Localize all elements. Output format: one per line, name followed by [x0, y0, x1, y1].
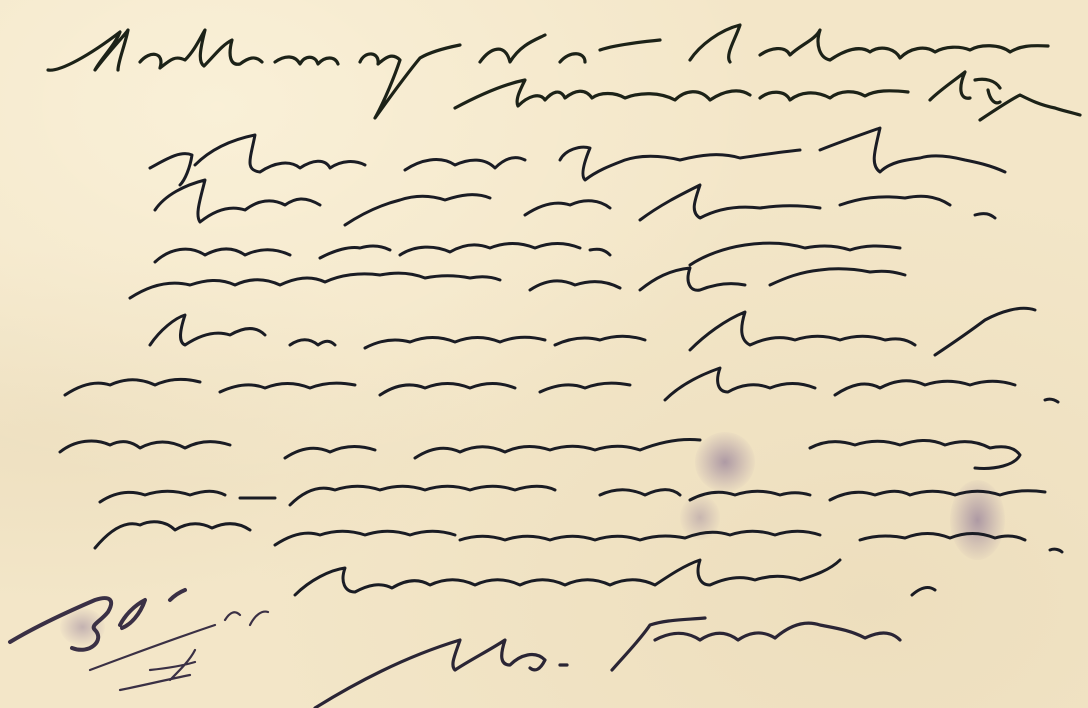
body-line: hochachtungsvollst! — [295, 565, 595, 595]
header-place-date: Bielemvöhnden 14. X [455, 78, 778, 113]
body-line: Kündigt gelangt beteiligt sein möchte [95, 522, 593, 552]
header-addressee: Marktsmagistrat, Ottenau [45, 30, 575, 76]
annotation-month: X [165, 648, 181, 673]
postcard: Marktsmagistrat, Ottenau Bielemvöhnden 1… [0, 0, 1088, 708]
body-line: Steinbruch an Sie zahlen [130, 274, 461, 304]
body-line: lösung M 1000.– dem Herrn [150, 236, 521, 266]
signature: M. B. Fischer [440, 625, 713, 671]
annotation-mark: B. [40, 590, 82, 636]
body-line: Ich bitte mich Ihnen mitzu- [150, 140, 509, 170]
body-line: teilen, dass bis zur Grundab- [150, 188, 530, 218]
body-line: muss – begrenzt, auch bei einem [95, 478, 527, 508]
header-year: 1904. [975, 100, 1038, 125]
body-line: lösung nicht aufgebracht werden [60, 425, 498, 455]
body-line: ich nun die gegriffene Summe zur Ab- [60, 370, 561, 400]
annotation-date: 10.4 [220, 605, 260, 626]
body-line: lasse u. möchte daher bekennen, dass [145, 322, 647, 352]
annotation-b-strokes [10, 590, 185, 650]
